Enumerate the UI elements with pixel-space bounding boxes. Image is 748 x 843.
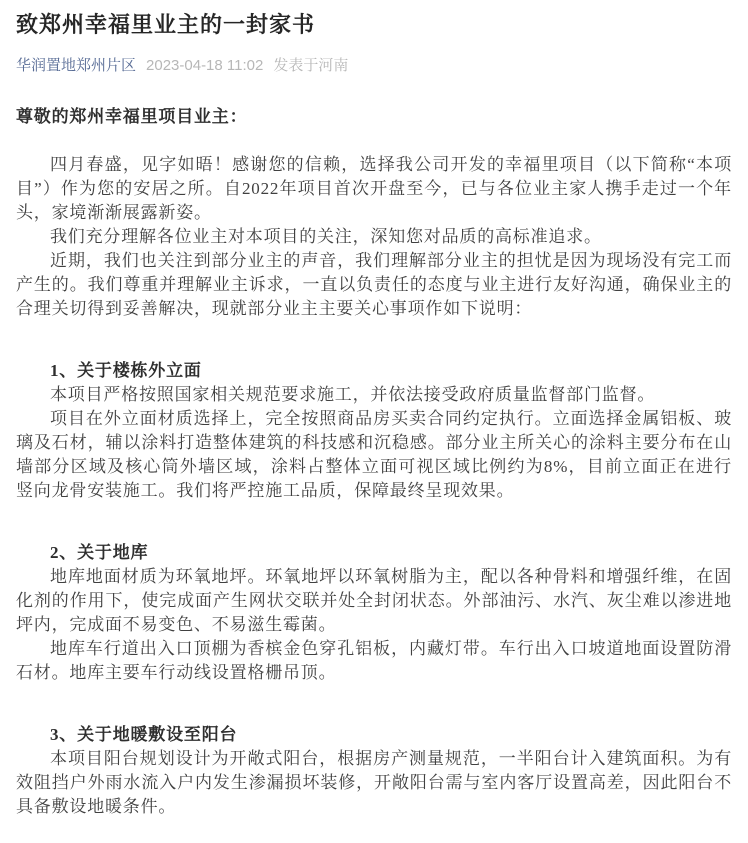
section-1-heading: 1、关于楼栋外立面 [16, 359, 732, 383]
section-2-paragraph-2: 地库车行道出入口顶棚为香槟金色穿孔铝板，内藏灯带。车行出入口坡道地面设置防滑石材… [16, 637, 732, 685]
article-content: 尊敬的郑州幸福里项目业主： 四月春盛，见字如晤！感谢您的信赖，选择我公司开发的幸… [16, 105, 732, 819]
publish-datetime: 2023-04-18 11:02 [146, 55, 263, 77]
article-title: 致郑州幸福里业主的一封家书 [16, 10, 732, 40]
section-2-paragraph-1: 地库地面材质为环氧地坪。环氧地坪以环氧树脂为主，配以各种骨料和增强纤维，在固化剂… [16, 565, 732, 637]
article-meta: 华润置地郑州片区 2023-04-18 11:02 发表于河南 [16, 55, 732, 77]
section-3-heading: 3、关于地暖敷设至阳台 [16, 723, 732, 747]
intro-paragraph-1: 四月春盛，见字如晤！感谢您的信赖，选择我公司开发的幸福里项目（以下简称“本项目”… [16, 153, 732, 225]
article-page: 致郑州幸福里业主的一封家书 华润置地郑州片区 2023-04-18 11:02 … [0, 0, 748, 843]
salutation: 尊敬的郑州幸福里项目业主： [16, 105, 732, 129]
account-link[interactable]: 华润置地郑州片区 [16, 55, 136, 77]
section-1-paragraph-2: 项目在外立面材质选择上，完全按照商品房买卖合同约定执行。立面选择金属铝板、玻璃及… [16, 407, 732, 503]
section-1-paragraph-1: 本项目严格按照国家相关规范要求施工，并依法接受政府质量监督部门监督。 [16, 383, 732, 407]
publish-location: 发表于河南 [273, 55, 348, 77]
section-3-paragraph-1: 本项目阳台规划设计为开敞式阳台，根据房产测量规范，一半阳台计入建筑面积。为有效阻… [16, 747, 732, 819]
section-2-heading: 2、关于地库 [16, 541, 732, 565]
intro-paragraph-2: 我们充分理解各位业主对本项目的关注，深知您对品质的高标准追求。 [16, 225, 732, 249]
intro-paragraph-3: 近期，我们也关注到部分业主的声音，我们理解部分业主的担忧是因为现场没有完工而产生… [16, 249, 732, 321]
